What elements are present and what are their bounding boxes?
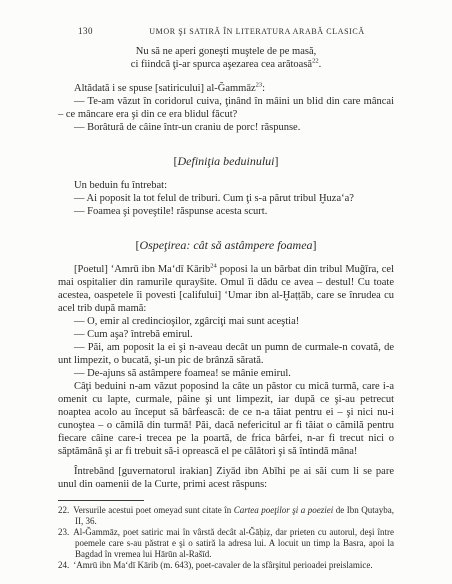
paragraph-poetul: [Poetul] ‘Amrū ibn Ma‘dī Kārib24 poposi … [58, 263, 394, 315]
bracket-close: ] [275, 154, 279, 168]
section-heading-ospetirea: [Ospeţirea: cât să astâmpere foamea] [58, 237, 394, 253]
paragraph-altadata: Altădată i se spuse [satiricului] al-Ğam… [58, 82, 394, 95]
page-number: 130 [78, 26, 93, 37]
running-head: 130 UMOR ŞI SATIRĂ ÎN LITERATURA ARABĂ C… [58, 26, 394, 37]
dialogue-line: — Foamea şi poveştile! răspunse acesta s… [58, 205, 394, 218]
verse-line-2: ci fiindcă ţi-ar spurca aşezarea cea ară… [58, 58, 394, 71]
dialogue-line: — O, emir al credincioşilor, zgârciţi ma… [58, 315, 394, 328]
verse-line-2-end: . [319, 59, 322, 70]
section-heading-text: Ospeţirea: cât să astâmpere foamea [139, 238, 312, 252]
footnote-book-title: Cartea poeţilor şi a poeziei [234, 505, 334, 515]
paragraph-un-beduin: Un beduin fu întrebat: [58, 179, 394, 192]
footnote-block: 22.Versurile acestui poet omeyad sunt ci… [58, 500, 394, 571]
dialogue-line: — Te-am văzut în coridorul cuiva, ţinând… [58, 95, 394, 121]
footnote-separator-rule [58, 500, 144, 501]
verse-line-1: Nu să ne aperi goneşti muştele de pe mas… [58, 45, 394, 58]
bracket-close: ] [313, 238, 317, 252]
section-heading-definitia-beduinului: [Definiţia beduinului] [58, 153, 394, 169]
footnote-text: ‘Amrū ibn Ma‘dī Kārib (m. 643), poet-cav… [73, 560, 372, 570]
book-page: 130 UMOR ŞI SATIRĂ ÎN LITERATURA ARABĂ C… [0, 0, 452, 584]
footnote-number: 23. [58, 527, 69, 537]
dialogue-line: — Păi, am poposit la ei şi n-aveau decât… [58, 341, 394, 367]
paragraph-altadata-end: : [262, 83, 265, 94]
footnote-number: 24. [58, 560, 69, 570]
section-heading-text: Definiţia beduinului [178, 154, 275, 168]
dialogue-line: — Ai poposit la tot felul de triburi. Cu… [58, 192, 394, 205]
paragraph-poetul-text: [Poetul] ‘Amrū ibn Ma‘dī Kārib [74, 264, 210, 275]
paragraph-intreband: Întrebând [guvernatorul irakian] Ziyād i… [58, 465, 394, 491]
footnote-text-before: Versurile acestui poet omeyad sunt citat… [73, 505, 233, 515]
paragraph-altadata-text: Altădată i se spuse [satiricului] al-Ğam… [74, 83, 256, 94]
dialogue-line: — Cum aşa? întrebă emirul. [58, 328, 394, 341]
footnote-22: 22.Versurile acestui poet omeyad sunt ci… [58, 505, 394, 527]
verse-block: Nu să ne aperi goneşti muştele de pe mas… [58, 45, 394, 71]
footnote-24: 24.‘Amrū ibn Ma‘dī Kārib (m. 643), poet-… [58, 560, 394, 571]
verse-line-2-text: ci fiindcă ţi-ar spurca aşezarea cea ară… [131, 59, 312, 70]
dialogue-line: — De-ajuns să astâmpere foamea! se mânie… [58, 367, 394, 380]
paragraph-cati-beduini: Câţi beduini n-am văzut poposind la câte… [58, 380, 394, 458]
footnote-text: Al-Ğammāz, poet satiric mai în vârstă de… [73, 527, 394, 559]
dialogue-line: — Borâtură de câine într-un craniu de po… [58, 121, 394, 134]
running-title: UMOR ŞI SATIRĂ ÎN LITERATURA ARABĂ CLASI… [149, 26, 364, 37]
footnote-23: 23.Al-Ğammāz, poet satiric mai în vârstă… [58, 527, 394, 560]
footnote-number: 22. [58, 505, 69, 515]
